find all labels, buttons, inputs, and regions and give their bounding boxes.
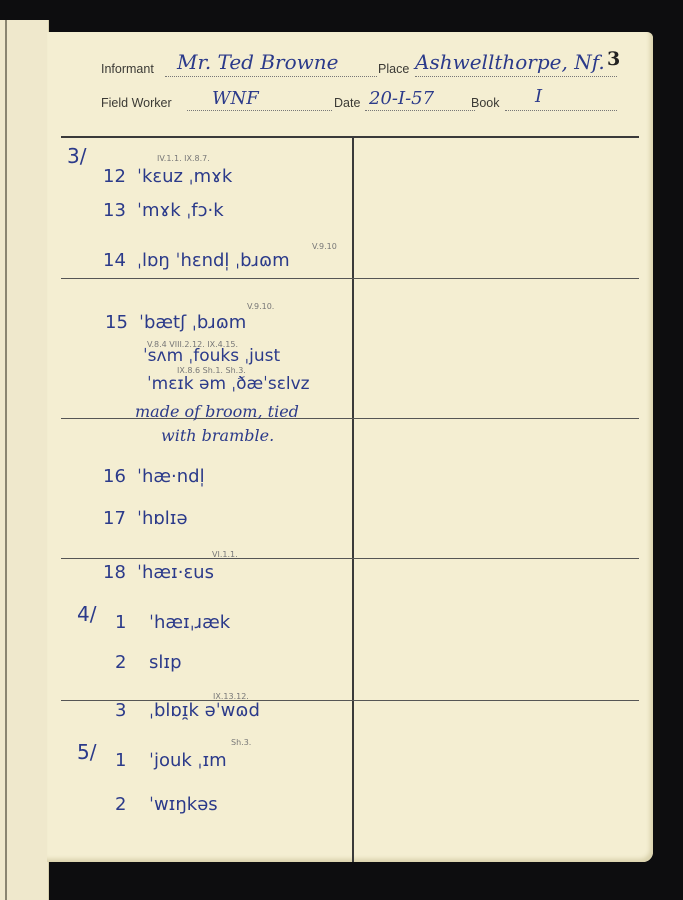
entry-row: 2ˈwɪŋkəs: [115, 794, 218, 815]
entry-row: 2slɪp: [115, 652, 182, 673]
entry-row: 1ˈhæɪˌɹæk: [115, 612, 230, 633]
book-line: [505, 110, 617, 111]
entry-number: 2: [115, 794, 149, 815]
fieldworker-label: Field Worker: [101, 96, 172, 110]
ref-annotation: IV.1.1. IX.8.7.: [157, 154, 210, 163]
place-label: Place: [378, 62, 409, 76]
entry-number: 1: [115, 612, 149, 633]
entry-transcription: slɪp: [149, 652, 182, 673]
entry-transcription: ˈkɛuz ˌmɤk: [137, 166, 232, 187]
entry-row: 1ˈjouk ˌɪm: [115, 750, 227, 771]
entry-transcription: ˌblɒɪ̯k əˈwɷd: [149, 700, 260, 721]
entry-row: 14ˌlɒŋ ˈhɛndl̩ ˌbɹɷm: [103, 250, 290, 271]
entry-number: 17: [103, 508, 137, 529]
entry-row: 12ˈkɛuz ˌmɤk: [103, 166, 232, 187]
entry-row: ˈmɛɪk əm ˌðæˈsɛlvz: [147, 374, 310, 394]
entry-row: 16ˈhæ·ndl̩: [103, 466, 205, 487]
entry-transcription: ˈsʌm ˌfouks ˌjust: [143, 346, 280, 366]
notebook-page: Informant Mr. Ted Browne Place Ashwellth…: [47, 32, 653, 862]
book-label: Book: [471, 96, 500, 110]
entry-transcription: ˈwɪŋkəs: [149, 794, 218, 815]
entry-transcription: ˌlɒŋ ˈhɛndl̩ ˌbɹɷm: [137, 250, 290, 271]
ref-annotation: Sh.3.: [231, 738, 251, 747]
section-marker: 5/: [77, 740, 96, 764]
page-edge-line: [5, 20, 7, 900]
entry-row: 17ˈhɒlɪə: [103, 508, 188, 529]
entry-number: 12: [103, 166, 137, 187]
section-marker: 3/: [67, 144, 86, 168]
informant-label: Informant: [101, 62, 154, 76]
previous-page-edge: [0, 20, 49, 900]
entry-transcription: ˈjouk ˌɪm: [149, 750, 227, 771]
entry-number: 16: [103, 466, 137, 487]
entry-transcription: ˈbætʃ ˌbɹɷm: [139, 312, 246, 333]
column-divider: [352, 138, 354, 862]
entry-row: ˈsʌm ˌfouks ˌjust: [143, 346, 280, 366]
book-value: I: [535, 86, 542, 107]
entry-row: 15ˈbætʃ ˌbɹɷm: [105, 312, 246, 333]
entry-number: 3: [115, 700, 149, 721]
ref-annotation: V.9.10.: [247, 302, 274, 311]
fieldworker-value: WNF: [212, 88, 259, 109]
date-value: 20-I-57: [369, 88, 434, 109]
entry-transcription: ˈhæɪ·ɛus: [137, 562, 214, 583]
entry-row: 18ˈhæɪ·ɛus: [103, 562, 214, 583]
entry-number: 18: [103, 562, 137, 583]
entry-transcription: ˈmɤk ˌfɔ·k: [137, 200, 224, 221]
place-value: Ashwellthorpe, Nf.: [415, 50, 605, 74]
entry-transcription: ˈmɛɪk əm ˌðæˈsɛlvz: [147, 374, 310, 394]
gloss-note: made of broom, tied: [135, 402, 299, 421]
entry-number: 15: [105, 312, 139, 333]
entry-transcription: ˈhɒlɪə: [137, 508, 188, 529]
page-number: 3: [607, 48, 620, 70]
entry-number: 14: [103, 250, 137, 271]
entry-number: 13: [103, 200, 137, 221]
gloss-note: with bramble.: [161, 426, 274, 445]
informant-value: Mr. Ted Browne: [177, 50, 338, 74]
entry-number: 2: [115, 652, 149, 673]
ref-annotation: V.9.10: [312, 242, 337, 251]
date-line: [365, 110, 475, 111]
place-line: [415, 76, 617, 77]
entry-row: 13ˈmɤk ˌfɔ·k: [103, 200, 224, 221]
fieldworker-line: [187, 110, 332, 111]
date-label: Date: [334, 96, 360, 110]
informant-line: [165, 76, 377, 77]
section-rule: [61, 278, 639, 279]
section-rule: [61, 558, 639, 559]
header-rule: [61, 136, 639, 138]
entry-transcription: ˈhæɪˌɹæk: [149, 612, 230, 633]
entry-row: 3ˌblɒɪ̯k əˈwɷd: [115, 700, 260, 721]
section-marker: 4/: [77, 602, 96, 626]
entry-number: 1: [115, 750, 149, 771]
ref-annotation: VI.1.1.: [212, 550, 238, 559]
entry-transcription: ˈhæ·ndl̩: [137, 466, 205, 487]
